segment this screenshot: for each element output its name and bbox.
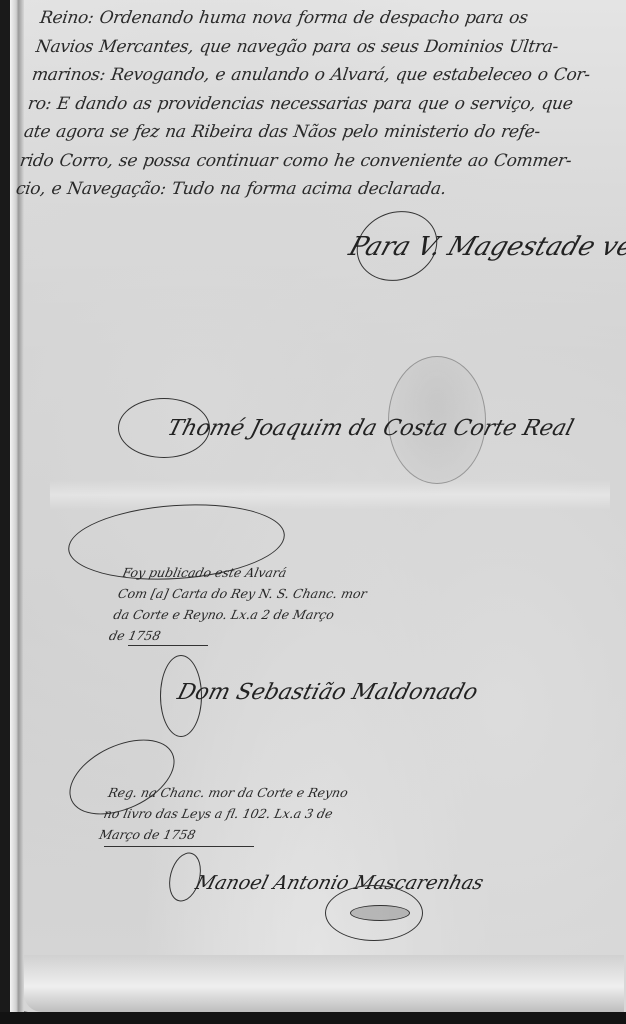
note-line: Com [a] Carta do Rey N. S. Chanc. mor xyxy=(116,583,369,604)
chancellor-signature: Dom Sebastião Maldonado xyxy=(175,680,481,705)
publication-note: Foy publicado este Alvará Com [a] Carta … xyxy=(107,562,373,646)
document-body-text: Reino: Ordenando huma nova forma de desp… xyxy=(14,4,626,204)
body-line: rido Corro, se possa continuar como he c… xyxy=(18,147,620,176)
page-bottom-curl xyxy=(24,955,624,1012)
note-line: Março de 1758 xyxy=(97,824,341,845)
body-line: Reino: Ordenando huma nova forma de desp… xyxy=(38,4,626,33)
body-line: cio, e Navegação: Tudo na forma acima de… xyxy=(14,175,616,204)
background-shadow xyxy=(0,1012,626,1024)
body-line: Navios Mercantes, que navegão para os se… xyxy=(34,33,626,62)
body-line: marinos: Revogando, e anulando o Alvará,… xyxy=(30,61,626,90)
page-fold xyxy=(50,480,610,510)
note-line: Reg. na Chanc. mor da Corte e Reyno xyxy=(106,782,350,803)
minister-signature: Thomé Joaquim da Costa Corte Real xyxy=(165,416,577,441)
note-underline xyxy=(104,846,254,847)
note-line: da Corte e Reyno. Lx.a 2 de Março xyxy=(112,604,365,625)
registration-note: Reg. na Chanc. mor da Corte e Reyno no l… xyxy=(97,782,350,845)
royal-signature: Para V. Magestade ver xyxy=(345,232,626,262)
body-line: ro: E dando as providencias necessarias … xyxy=(26,90,626,119)
body-line: ate agora se fez na Ribeira das Nãos pel… xyxy=(22,118,624,147)
registrar-signature: Manoel Antonio Mascarenhas xyxy=(193,872,486,894)
note-underline xyxy=(128,645,208,646)
rubric-inner-mark xyxy=(350,905,410,921)
note-line: de 1758 xyxy=(107,625,360,646)
note-line: no livro das Leys a fl. 102. Lx.a 3 de xyxy=(102,803,346,824)
note-line: Foy publicado este Alvará xyxy=(120,562,373,583)
